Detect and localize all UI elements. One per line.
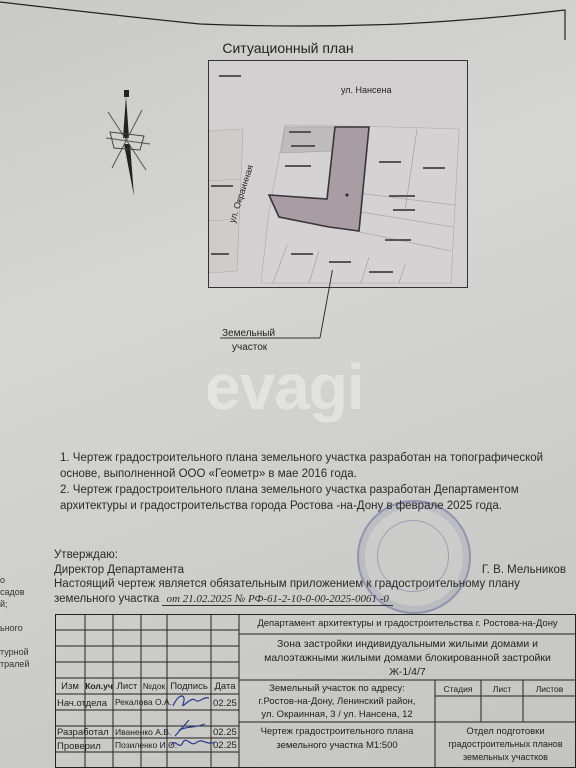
header-kol-uch: Кол.уч xyxy=(85,681,113,691)
signature-icon xyxy=(167,732,217,754)
north-arrow-icon xyxy=(104,88,152,200)
header-ndok: №док xyxy=(141,681,167,691)
drawing-title-line-1: Чертеж градостроительного плана xyxy=(239,726,435,737)
approver-name: Г. В. Мельников xyxy=(482,563,566,578)
address-line-1: Земельный участок по адресу: xyxy=(239,683,435,694)
row-role: Нач.отдела xyxy=(57,698,107,709)
title-block: Департамент архитектуры и градостроитель… xyxy=(55,614,576,768)
watermark: evagi xyxy=(205,350,364,424)
left-edge-fragments: о садов й; ьного турной тралей xyxy=(0,574,40,670)
street-label-nansena: ул. Нансена xyxy=(341,85,392,95)
row-role: Проверил xyxy=(57,741,101,752)
header-izm: Изм xyxy=(55,681,85,692)
drawing-title-line-2: земельного участка М1:500 xyxy=(239,740,435,751)
row-name: Иваненко А.В. xyxy=(115,727,171,737)
row-name: Рекалова О.А. xyxy=(115,697,172,707)
page-edge xyxy=(0,0,576,40)
statement-prefix: земельного участка xyxy=(54,593,159,605)
sheets-label: Листов xyxy=(523,684,576,694)
approver-position: Директор Департамента xyxy=(54,563,184,578)
row-role: Разработал xyxy=(57,727,109,738)
notes-section: 1. Чертеж градостроительного плана земел… xyxy=(60,450,570,514)
stage-label: Стадия xyxy=(435,684,481,694)
row-date: 02.25 xyxy=(213,698,237,709)
organization-name: Департамент архитектуры и градостроитель… xyxy=(239,618,576,629)
zone-code: Ж-1/4/7 xyxy=(239,666,576,678)
zone-line-1: Зона застройки индивидуальными жилыми до… xyxy=(239,638,576,650)
dept-line-3: земельных участков xyxy=(435,752,576,762)
header-data: Дата xyxy=(211,681,239,692)
page-title: Ситуационный план xyxy=(0,40,576,56)
note-1: 1. Чертеж градостроительного плана земел… xyxy=(60,450,570,482)
header-list: Лист xyxy=(113,681,141,692)
situational-map: ул. Нансена ул. Окраинная xyxy=(208,60,468,288)
address-line-2: г.Ростов-на-Дону, Ленинский район, xyxy=(239,696,435,707)
address-line-3: ул. Окраинная, 3 / ул. Нансена, 12 xyxy=(239,709,435,720)
note-2: 2. Чертеж градостроительного плана земел… xyxy=(60,482,570,514)
approval-block: Утверждаю: Директор Департамента Г. В. М… xyxy=(54,548,566,606)
signature-icon xyxy=(169,690,213,712)
sheet-label: Лист xyxy=(481,684,523,694)
zone-line-2: малоэтажными жилыми домами блокированной… xyxy=(239,652,576,664)
dept-line-1: Отдел подготовки xyxy=(435,726,576,737)
callout-leader-line xyxy=(200,270,340,360)
callout-label-line1: Земельный xyxy=(222,328,275,339)
approval-statement: Настоящий чертеж является обязательным п… xyxy=(54,577,566,592)
approve-label: Утверждаю: xyxy=(54,548,566,563)
dept-line-2: градостроительных планов xyxy=(435,739,576,749)
plan-reference: от 21.02.2025 № РФ-61-2-10-0-00-2025-006… xyxy=(162,593,392,606)
